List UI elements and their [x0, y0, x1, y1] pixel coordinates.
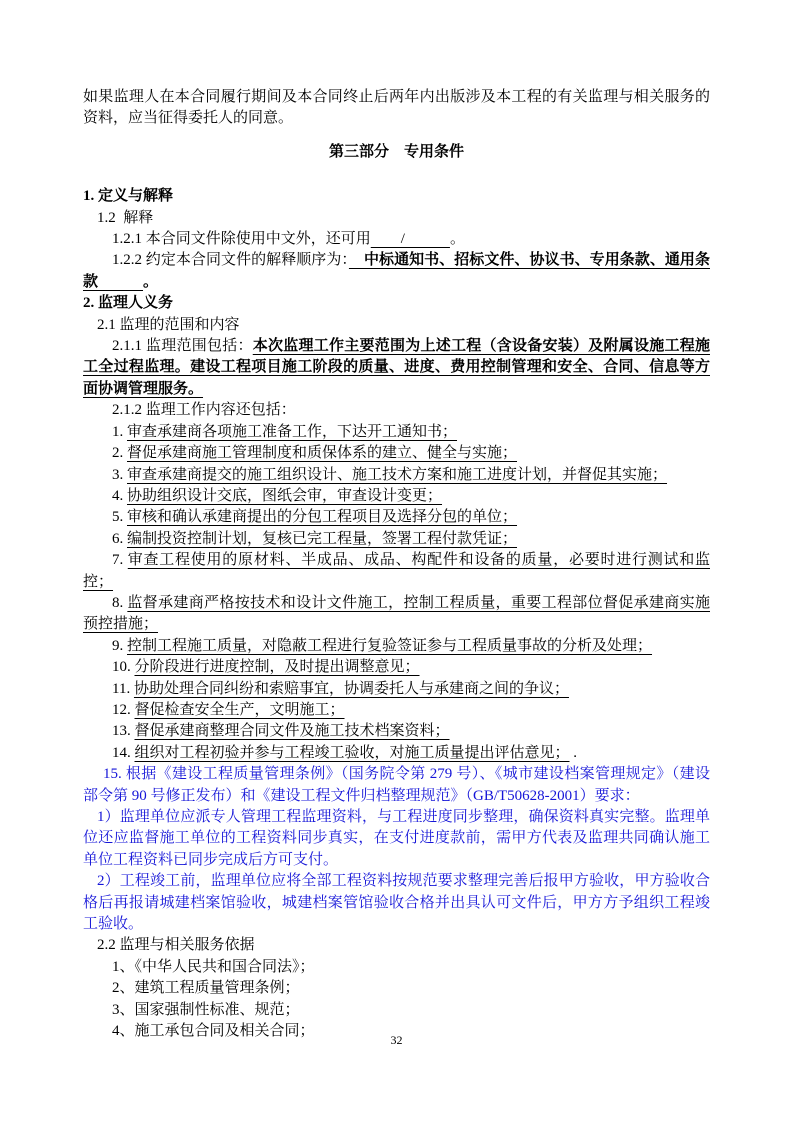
document-content: 如果监理人在本合同履行期间及本合同终止后两年内出版涉及本工程的有关监理与相关服务… — [83, 87, 710, 1042]
intro-paragraph: 如果监理人在本合同履行期间及本合同终止后两年内出版涉及本工程的有关监理与相关服务… — [83, 87, 710, 130]
work-item-12: 12. 督促检查安全生产，文明施工； — [83, 700, 710, 721]
text-run: . — [570, 745, 578, 761]
text-run: 4. — [112, 488, 127, 504]
part-three-heading: 第三部分 专用条件 — [83, 142, 710, 163]
text-run: 审查承建商提交的施工组织设计、施工技术方案和施工进度计划，并督促其实施； — [127, 467, 667, 483]
text-run: 11. — [112, 681, 134, 697]
text-run: 2.1 监理的范围和内容 — [97, 317, 240, 333]
text-run: 分阶段进行进度控制，及时提出调整意见； — [135, 659, 420, 675]
text-run: 1. — [112, 424, 127, 440]
text-run: 13. — [112, 723, 135, 739]
work-item-11: 11. 协助处理合同纠纷和索赔事宜，协调委托人与承建商之间的争议； — [83, 679, 710, 700]
work-item-15: 15. 根据《建设工程质量管理条例》（国务院令第 279 号）、《城市建设档案管… — [83, 764, 710, 807]
text-run: 3. — [112, 467, 127, 483]
text-run: 1、《中华人民共和国合同法》； — [112, 959, 315, 975]
clause-1-heading: 1. 定义与解释 — [83, 186, 710, 207]
text-run: 2）工程竣工前，监理单位应将全部工程资料按规范要求整理完善后报甲方验收，甲方验收… — [83, 873, 710, 932]
text-run: 2.2 监理与相关服务依据 — [97, 937, 255, 953]
text-run: 督促承建商整理合同文件及施工技术档案资料； — [135, 723, 450, 739]
text-run: 2.1.2 监理工作内容还包括： — [112, 402, 296, 418]
text-run: 5. — [112, 509, 127, 525]
work-item-1: 1. 审查承建商各项施工准备工作，下达开工通知书； — [83, 422, 710, 443]
text-run: / — [371, 231, 450, 247]
work-item-5: 5. 审核和确认承建商提出的分包工程项目及选择分包的单位； — [83, 507, 710, 528]
text-run: 督促承建商施工管理制度和质保体系的建立、健全与实施； — [127, 445, 517, 461]
text-run: 8. — [112, 595, 127, 611]
text-run: 控制工程施工质量，对隐蔽工程进行复验签证参与工程质量事故的分析及处理； — [127, 638, 652, 654]
text-run: 1.2.2 约定本合同文件的解释顺序为： — [112, 252, 349, 268]
text-run: 2、建筑工程质量管理条例； — [112, 980, 300, 996]
text-run: 14. — [112, 745, 135, 761]
clause-2-1-1: 2.1.1 监理范围包括：本次监理工作主要范围为上述工程（含设备安装）及附属设施… — [83, 336, 710, 400]
text-run: 审查工程使用的原材料、半成品、成品、构配件和设备的质量，必要时进行测试和监控； — [83, 552, 710, 589]
text-run: 1. 定义与解释 — [83, 188, 173, 204]
work-item-14: 14. 组织对工程初验并参与工程竣工验收，对施工质量提出评估意见； . — [83, 743, 710, 764]
work-item-9: 9. 控制工程施工质量，对隐蔽工程进行复验签证参与工程质量事故的分析及处理； — [83, 636, 710, 657]
work-item-7: 7. 审查工程使用的原材料、半成品、成品、构配件和设备的质量，必要时进行测试和监… — [83, 550, 710, 593]
work-item-6: 6. 编制投资控制计划，复核已完工程量，签署工程付款凭证； — [83, 529, 710, 550]
work-item-2: 2. 督促承建商施工管理制度和质保体系的建立、健全与实施； — [83, 443, 710, 464]
archive-rule-2: 2）工程竣工前，监理单位应将全部工程资料按规范要求整理完善后报甲方验收，甲方验收… — [83, 871, 710, 935]
text-run: 7. — [112, 552, 128, 568]
text-run: 2. — [112, 445, 127, 461]
archive-rule-1: 1）监理单位应派专人管理工程监理资料，与工程进度同步整理，确保资料真实完整。监理… — [83, 807, 710, 871]
text-run: 组织对工程初验并参与工程竣工验收，对施工质量提出评估意见； — [135, 745, 570, 761]
text-run: 6. — [112, 531, 127, 547]
text-run: 1.2 解释 — [97, 210, 153, 226]
text-run: 监督承建商严格按技术和设计文件施工，控制工程质量，重要工程部位督促承建商实施预控… — [83, 595, 710, 632]
page-number: 32 — [0, 1033, 793, 1048]
text-run: 。 — [450, 231, 465, 247]
text-run: 第三部分 专用条件 — [329, 144, 464, 160]
clause-1-2: 1.2 解释 — [83, 208, 710, 229]
document-page: 如果监理人在本合同履行期间及本合同终止后两年内出版涉及本工程的有关监理与相关服务… — [0, 0, 793, 1123]
clause-1-2-2: 1.2.2 约定本合同文件的解释顺序为： 中标通知书、招标文件、协议书、专用条款… — [83, 250, 710, 293]
text-run: 15. 根据《建设工程质量管理条例》（国务院令第 279 号）、《城市建设档案管… — [83, 766, 710, 803]
text-run: 。 — [143, 274, 158, 290]
text-run: 审核和确认承建商提出的分包工程项目及选择分包的单位； — [127, 509, 517, 525]
text-run: 1.2.1 本合同文件除使用中文外，还可用 — [112, 231, 371, 247]
text-run: 编制投资控制计划，复核已完工程量，签署工程付款凭证； — [127, 531, 517, 547]
work-item-10: 10. 分阶段进行进度控制，及时提出调整意见； — [83, 657, 710, 678]
work-item-13: 13. 督促承建商整理合同文件及施工技术档案资料； — [83, 721, 710, 742]
text-run: 协助处理合同纠纷和索赔事宜，协调委托人与承建商之间的争议； — [134, 681, 569, 697]
text-run: 督促检查安全生产，文明施工； — [135, 702, 345, 718]
text-run: 3、国家强制性标准、规范； — [112, 1002, 300, 1018]
text-run: 9. — [112, 638, 127, 654]
text-run: 2.1.1 监理范围包括： — [112, 338, 253, 354]
text-run: 审查承建商各项施工准备工作，下达开工通知书； — [127, 424, 457, 440]
work-item-4: 4. 协助组织设计交底，图纸会审，审查设计变更； — [83, 486, 710, 507]
text-run: 2. 监理人义务 — [83, 295, 173, 311]
clause-2-heading: 2. 监理人义务 — [83, 293, 710, 314]
text-run: 10. — [112, 659, 135, 675]
basis-item-1: 1、《中华人民共和国合同法》； — [83, 957, 710, 978]
text-run: 如果监理人在本合同履行期间及本合同终止后两年内出版涉及本工程的有关监理与相关服务… — [83, 89, 710, 126]
text-run: 12. — [112, 702, 135, 718]
text-run: 1）监理单位应派专人管理工程监理资料，与工程进度同步整理，确保资料真实完整。监理… — [83, 809, 710, 868]
work-item-8: 8. 监督承建商严格按技术和设计文件施工，控制工程质量，重要工程部位督促承建商实… — [83, 593, 710, 636]
clause-2-2: 2.2 监理与相关服务依据 — [83, 935, 710, 956]
basis-item-3: 3、国家强制性标准、规范； — [83, 1000, 710, 1021]
text-run: 协助组织设计交底，图纸会审，审查设计变更； — [127, 488, 442, 504]
clause-1-2-1: 1.2.1 本合同文件除使用中文外，还可用 / 。 — [83, 229, 710, 250]
work-item-3: 3. 审查承建商提交的施工组织设计、施工技术方案和施工进度计划，并督促其实施； — [83, 465, 710, 486]
clause-2-1-2: 2.1.2 监理工作内容还包括： — [83, 400, 710, 421]
basis-item-2: 2、建筑工程质量管理条例； — [83, 978, 710, 999]
clause-2-1: 2.1 监理的范围和内容 — [83, 315, 710, 336]
